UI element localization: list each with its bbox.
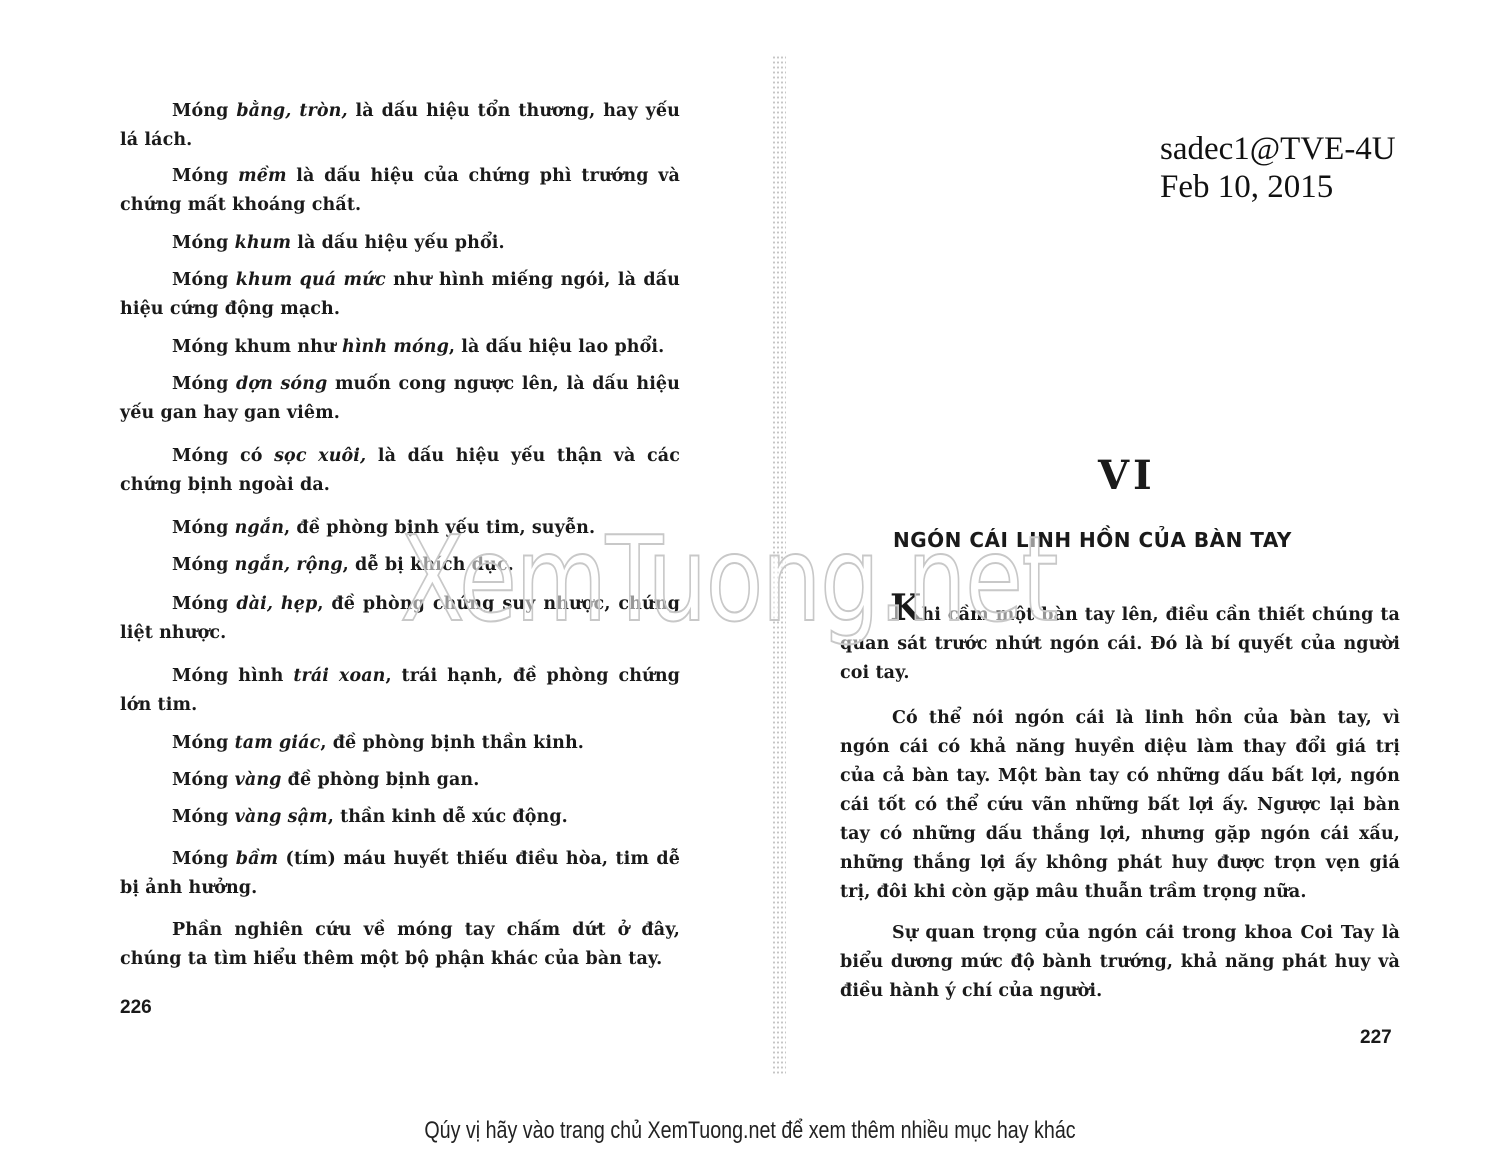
- chapter-title: NGÓN CÁI LINH HỒN CỦA BÀN TAY: [893, 528, 1292, 552]
- stamp-date: Feb 10, 2015: [1160, 168, 1396, 206]
- paragraph: Phần nghiên cứu về móng tay chấm dứt ở đ…: [120, 916, 680, 974]
- paragraph: Móng ngắn, đề phòng bịnh yếu tim, suyễn.: [120, 514, 680, 543]
- footer-banner: Qúy vị hãy vào trang chủ XemTuong.net để…: [135, 1117, 1365, 1145]
- paragraph: Móng bầm (tím) máu huyết thiếu điều hòa,…: [120, 845, 680, 903]
- paragraph: Móng dợn sóng muốn cong ngược lên, là dấ…: [120, 370, 680, 428]
- paragraph: Khi cầm một bàn tay lên, điều cần thiết …: [840, 598, 1400, 688]
- stamp-source: sadec1@TVE-4U: [1160, 130, 1396, 168]
- paragraph: Móng bằng, tròn, là dấu hiệu tổn thương,…: [120, 97, 680, 155]
- page-number: 227: [1360, 1027, 1392, 1049]
- scan-stamp: sadec1@TVE-4U Feb 10, 2015: [1160, 130, 1396, 206]
- page-number: 226: [120, 997, 152, 1019]
- paragraph: Móng hình trái xoan, trái hạnh, đề phòng…: [120, 662, 680, 720]
- paragraph: Sự quan trọng của ngón cái trong khoa Co…: [840, 919, 1400, 1006]
- paragraph: Móng vàng đề phòng bịnh gan.: [120, 766, 680, 795]
- paragraph: Có thể nói ngón cái là linh hồn của bàn …: [840, 704, 1400, 907]
- drop-cap: K: [890, 587, 921, 629]
- paragraph: Móng khum quá mức như hình miếng ngói, l…: [120, 266, 680, 324]
- paragraph: Móng ngắn, rộng, dễ bị khích dục.: [120, 551, 680, 580]
- paragraph: Móng khum như hình móng, là dấu hiệu lao…: [120, 333, 680, 362]
- paragraph: Móng khum là dấu hiệu yếu phổi.: [120, 229, 680, 258]
- paragraph: Móng tam giác, đề phòng bịnh thần kinh.: [120, 729, 680, 758]
- chapter-number: VI: [1098, 452, 1156, 499]
- book-gutter: [772, 55, 786, 1075]
- paragraph: Móng dài, hẹp, đề phòng chứng suy nhược,…: [120, 590, 680, 648]
- paragraph: Móng có sọc xuôi, là dấu hiệu yếu thận v…: [120, 442, 680, 500]
- site-link[interactable]: XemTuong.net: [648, 1117, 776, 1144]
- paragraph: Móng mềm là dấu hiệu của chứng phì trướn…: [120, 162, 680, 220]
- paragraph: Móng vàng sậm, thần kinh dễ xúc động.: [120, 803, 680, 832]
